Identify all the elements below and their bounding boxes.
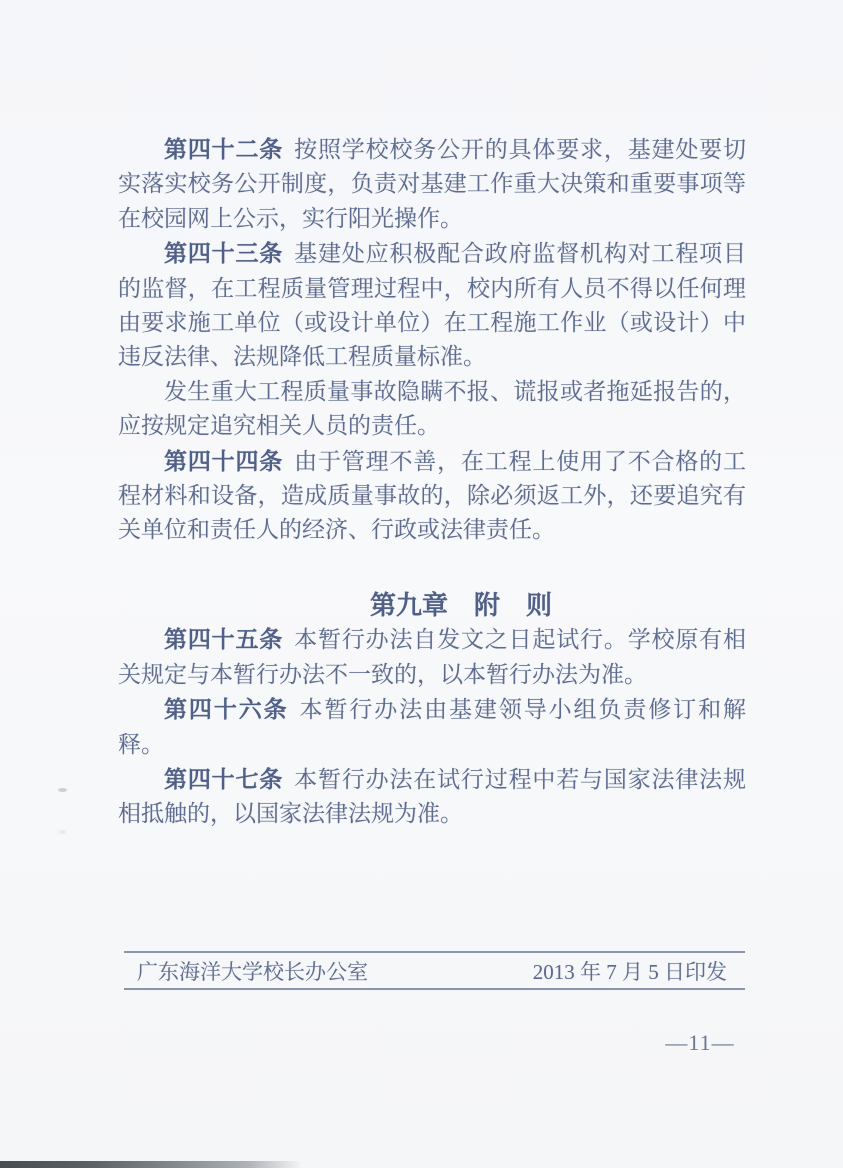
scanner-edge-band (0, 1161, 302, 1168)
chapter-9-heading: 第九章 附 则 (118, 588, 746, 622)
paragraph-accident-reporting: 发生重大工程质量事故隐瞒不报、谎报或者拖延报告的，应按规定追究相关人员的责任。 (118, 375, 746, 444)
accident-reporting-text: 发生重大工程质量事故隐瞒不报、谎报或者拖延报告的，应按规定追究相关人员的责任。 (118, 379, 746, 438)
document-body: 第四十二条按照学校校务公开的具体要求，基建处要切实落实校务公开制度，负责对基建工… (118, 132, 746, 832)
article-43-number: 第四十三条 (164, 240, 283, 266)
page-number: —11— (655, 1030, 745, 1056)
paragraph-article-46: 第四十六条本暂行办法由基建领导小组负责修订和解释。 (118, 692, 746, 762)
paragraph-article-44: 第四十四条由于管理不善，在工程上使用了不合格的工程材料和设备，造成质量事故的，除… (118, 444, 746, 548)
article-45-number: 第四十五条 (164, 626, 283, 652)
footer-issuer: 广东海洋大学校长办公室 (137, 956, 368, 986)
article-42-number: 第四十二条 (164, 136, 283, 162)
scan-smudge-artifact (58, 788, 67, 792)
footer-print-date: 2013 年 7 月 5 日印发 (533, 956, 727, 986)
paragraph-article-47: 第四十七条本暂行办法在试行过程中若与国家法律法规相抵触的，以国家法律法规为准。 (118, 762, 746, 832)
article-44-number: 第四十四条 (164, 448, 283, 474)
scanned-document-page: 第四十二条按照学校校务公开的具体要求，基建处要切实落实校务公开制度，负责对基建工… (0, 0, 843, 1168)
paragraph-article-45: 第四十五条本暂行办法自发文之日起试行。学校原有相关规定与本暂行办法不一致的，以本… (118, 622, 746, 692)
article-47-number: 第四十七条 (164, 766, 283, 792)
paragraph-article-43: 第四十三条基建处应积极配合政府监督机构对工程项目的监督，在工程质量管理过程中，校… (118, 236, 746, 375)
document-footer: 广东海洋大学校长办公室 2013 年 7 月 5 日印发 (124, 951, 745, 990)
article-46-number: 第四十六条 (164, 696, 289, 722)
paragraph-article-42: 第四十二条按照学校校务公开的具体要求，基建处要切实落实校务公开制度，负责对基建工… (118, 132, 746, 236)
